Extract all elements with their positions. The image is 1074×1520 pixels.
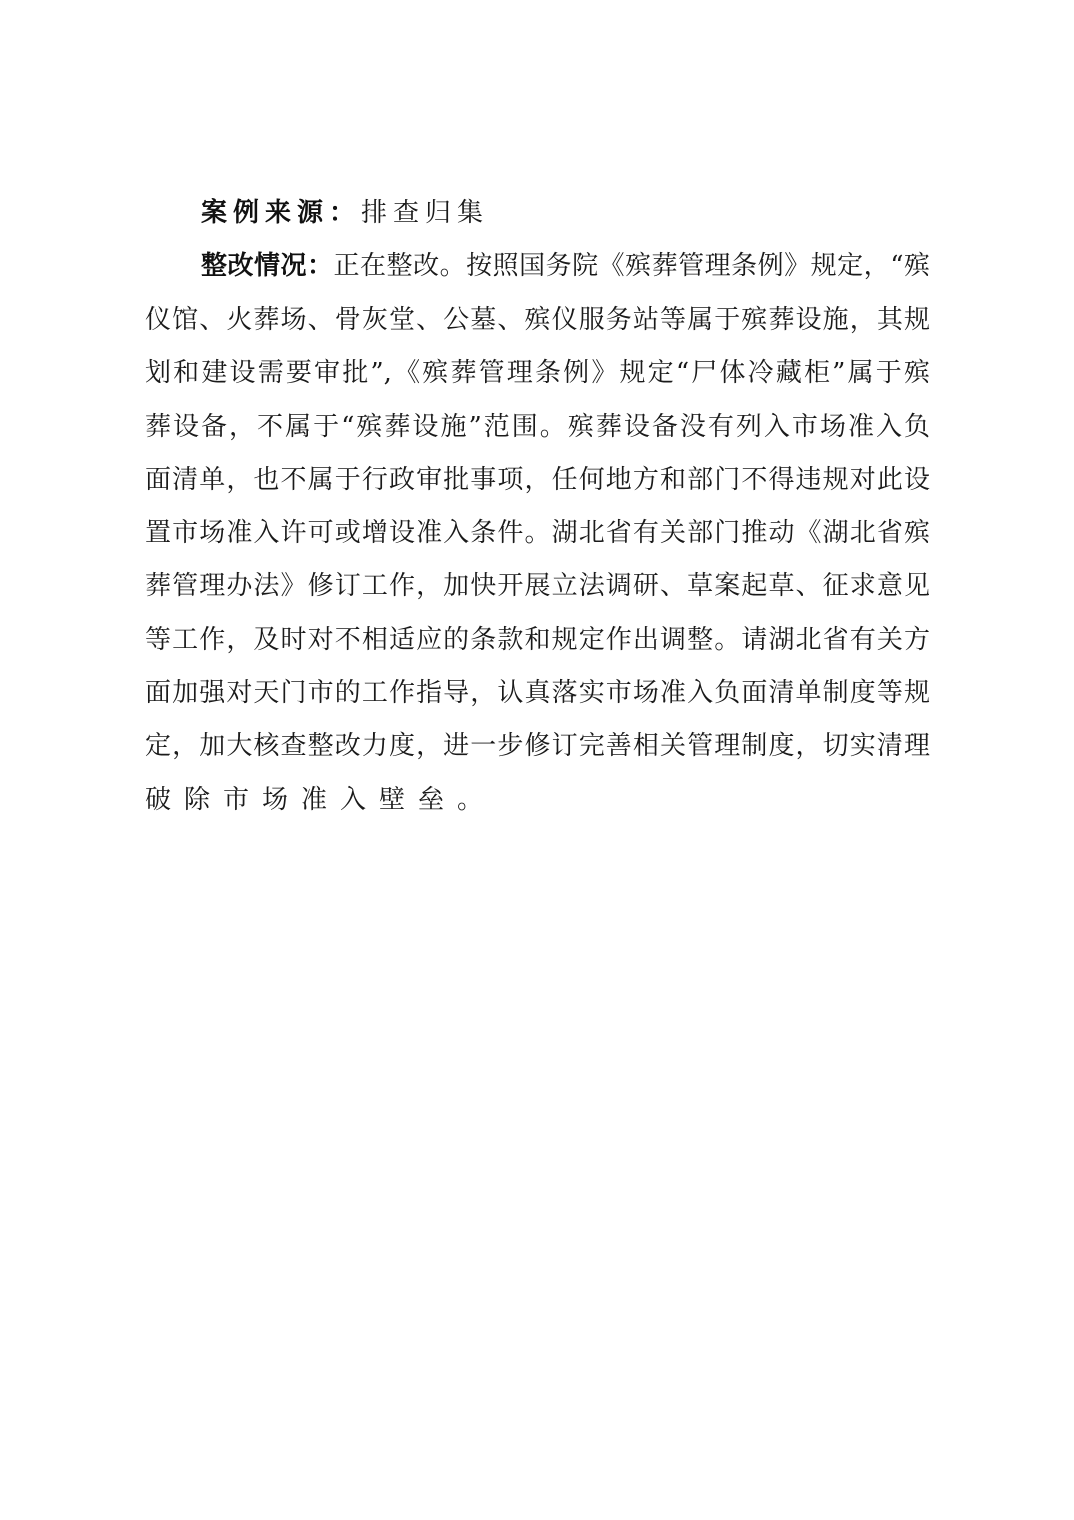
rectification-text-line-1: 仪馆、火葬场、骨灰堂、公墓、殡仪服务站等属于殡葬设施，其规 [145, 300, 930, 340]
rectification-text-line-0: 正在整改。按照国务院《殡葬管理条例》规定，“殡 [334, 251, 930, 281]
rectification-text-line-9: 定，加大核查整改力度，进一步修订完善相关管理制度，切实清理 [145, 726, 930, 766]
rectification-text-line-7: 等工作，及时对不相适应的条款和规定作出调整。请湖北省有关方 [145, 620, 930, 660]
rectification-text-line-10: 破除市场准入壁垒。 [145, 780, 930, 820]
case-source-line: 案例来源：排查归集 [201, 193, 930, 233]
document-page: 案例来源：排查归集 整改情况：正在整改。按照国务院《殡葬管理条例》规定，“殡 仪… [0, 0, 1074, 1520]
rectification-text-line-2: 划和建设需要审批”,《殡葬管理条例》规定“尸体冷藏柜”属于殡 [145, 353, 930, 393]
rectification-text-line-3: 葬设备，不属于“殡葬设施”范围。殡葬设备没有列入市场准入负 [145, 407, 930, 447]
rectification-text-line-8: 面加强对天门市的工作指导，认真落实市场准入负面清单制度等规 [145, 673, 930, 713]
case-source-label: 案例来源： [201, 198, 361, 228]
rectification-first-line: 整改情况：正在整改。按照国务院《殡葬管理条例》规定，“殡 [201, 246, 930, 286]
rectification-text-line-5: 置市场准入许可或增设准入条件。湖北省有关部门推动《湖北省殡 [145, 513, 930, 553]
rectification-text-line-6: 葬管理办法》修订工作，加快开展立法调研、草案起草、征求意见 [145, 566, 930, 606]
case-source-value: 排查归集 [361, 198, 489, 228]
rectification-text-line-4: 面清单，也不属于行政审批事项，任何地方和部门不得违规对此设 [145, 460, 930, 500]
rectification-label: 整改情况： [201, 251, 334, 281]
